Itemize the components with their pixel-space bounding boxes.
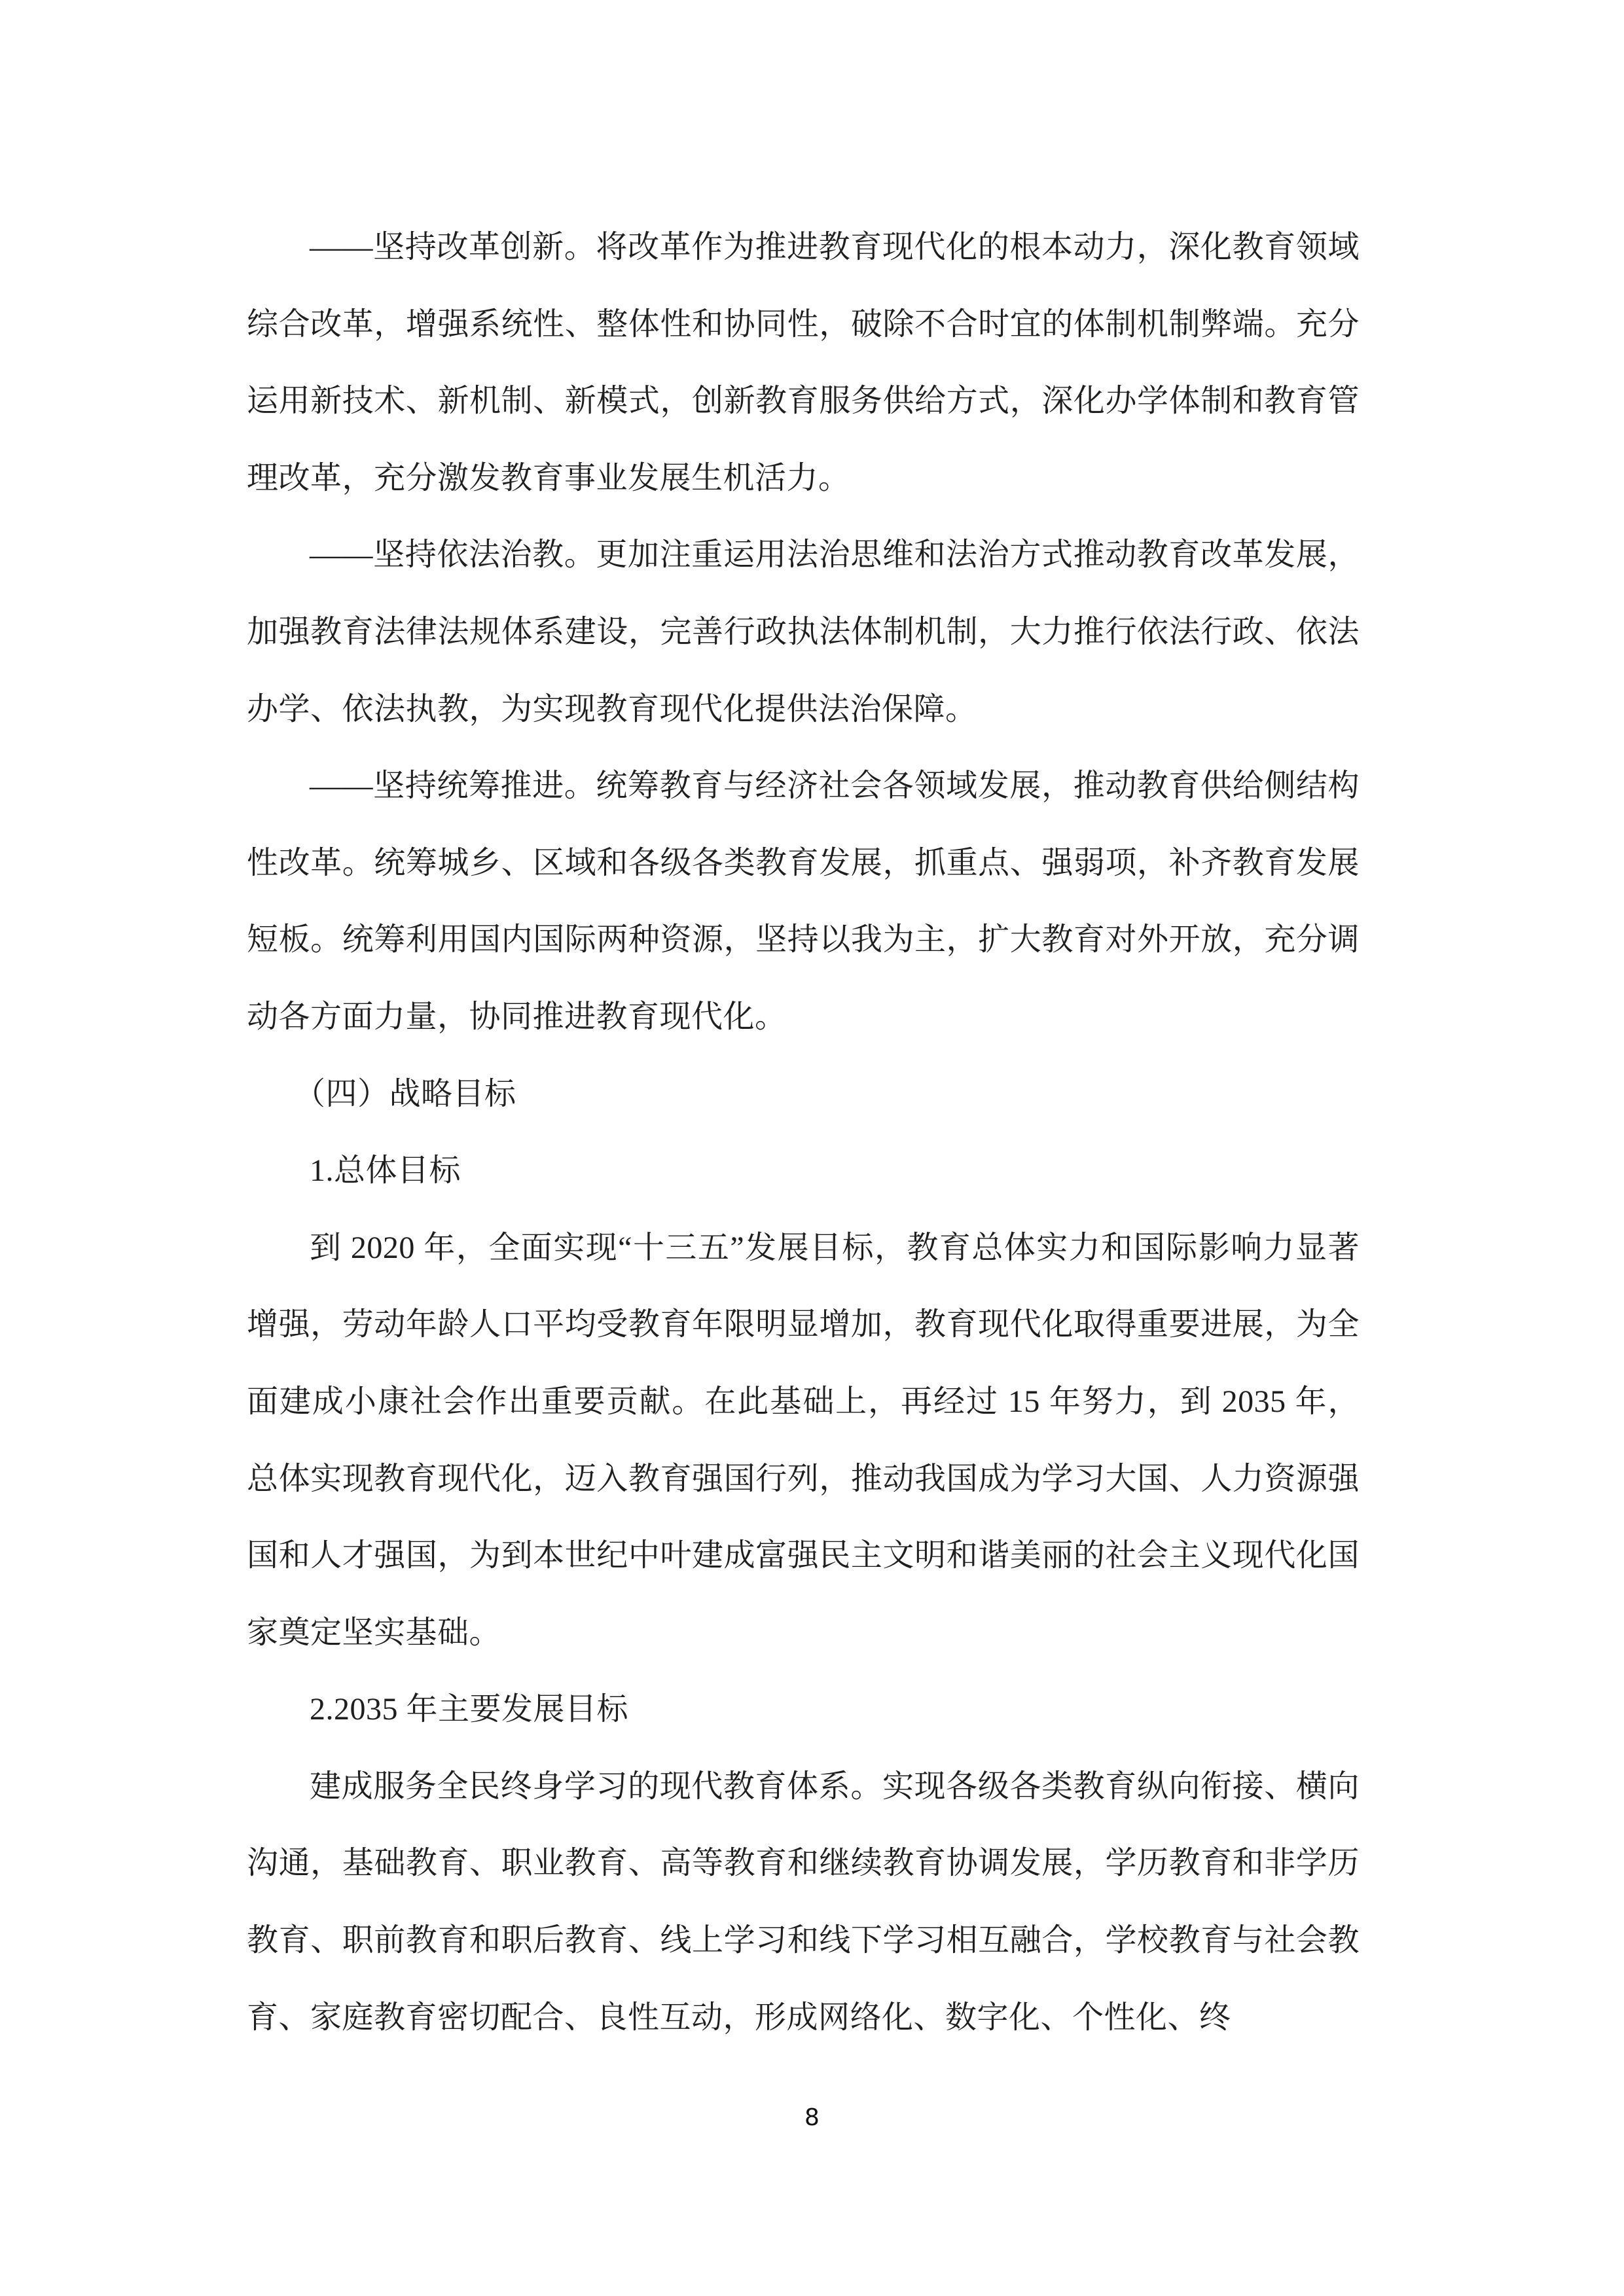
paragraph-coordinated-advance: ——坚持统筹推进。统筹教育与经济社会各领域发展，推动教育供给侧结构性改革。统筹城… [247, 747, 1360, 1055]
page-number: 8 [0, 2104, 1624, 2131]
paragraph-rule-of-law: ——坚持依法治教。更加注重运用法治思维和法治方式推动教育改革发展，加强教育法律法… [247, 516, 1360, 747]
section-heading-strategic-goals: （四）战略目标 [247, 1056, 1360, 1133]
paragraph-2035-goals: 建成服务全民终身学习的现代教育体系。实现各级各类教育纵向衔接、横向沟通，基础教育… [247, 1748, 1360, 2056]
paragraph-overall-goals: 到 2020 年，全面实现“十三五”发展目标，教育总体实力和国际影响力显著增强，… [247, 1210, 1360, 1672]
page-body: ——坚持改革创新。将改革作为推进教育现代化的根本动力，深化教育领域综合改革，增强… [247, 209, 1360, 2056]
subheading-2035-goals: 2.2035 年主要发展目标 [247, 1671, 1360, 1748]
paragraph-reform-innovation: ——坚持改革创新。将改革作为推进教育现代化的根本动力，深化教育领域综合改革，增强… [247, 209, 1360, 516]
subheading-overall-goals: 1.总体目标 [247, 1132, 1360, 1210]
document-page: ——坚持改革创新。将改革作为推进教育现代化的根本动力，深化教育领域综合改革，增强… [0, 0, 1624, 2296]
